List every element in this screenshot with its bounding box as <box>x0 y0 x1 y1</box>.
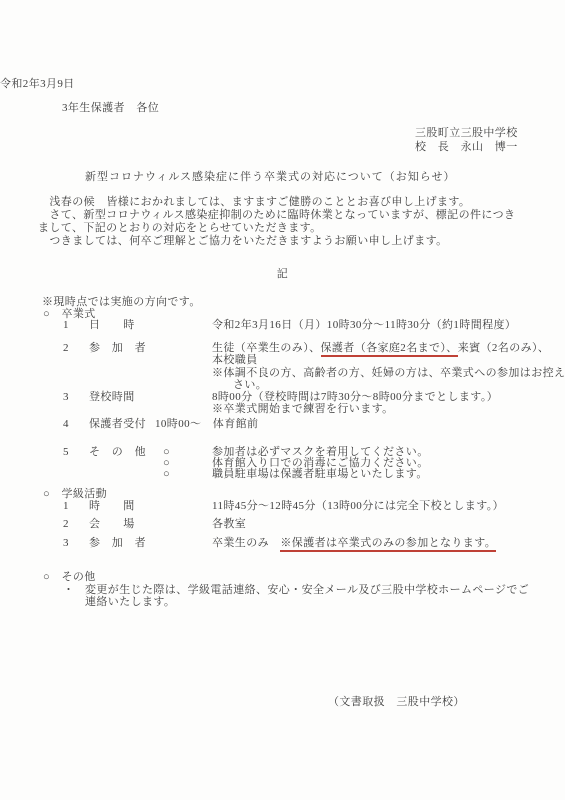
highlight-underline: 保護者（各家庭2名まで）、 <box>321 342 458 357</box>
item-value-pre: 卒業生のみ <box>212 537 280 549</box>
section-heading: ○ 卒業式 <box>43 308 96 321</box>
item-label: 会 場 <box>89 518 135 531</box>
addressee: 3年生保護者 各位 <box>62 102 159 115</box>
item-value-post: 来賓（2名のみ）、 <box>458 342 550 354</box>
bullet-text: 職員駐車場は保護者駐車場といたします。 <box>212 468 428 481</box>
item-label: 保護者受付 <box>89 418 146 431</box>
item-number: 4 <box>63 418 69 431</box>
sub-bullet-text-continued: 連絡いたします。 <box>85 596 175 609</box>
body-text: さて、新型コロナウィルス感染症抑制のために臨時休業となっていますが、標記の件につ… <box>38 209 515 222</box>
doc-title: 新型コロナウィルス感染症に伴う卒業式の対応について（お知らせ） <box>85 171 455 184</box>
item-label: 参 加 者 <box>89 342 146 355</box>
school-name: 三股町立三股中学校 <box>415 127 518 141</box>
item-value: 各教室 <box>212 518 246 531</box>
item-value-pre: 生徒（卒業生のみ）、 <box>212 342 321 354</box>
item-number: 3 <box>63 537 69 550</box>
item-number: 1 <box>63 500 69 513</box>
ki-text: 記 <box>277 268 288 280</box>
principal-name: 校 長 永山 博一 <box>415 141 518 155</box>
highlight-underline: ※保護者は卒業式のみの参加となります。 <box>280 537 496 552</box>
section-heading: ○ その他 <box>43 571 96 584</box>
footer-note: （文書取扱 三股中学校） <box>328 696 465 709</box>
item-label: 参 加 者 <box>89 537 146 550</box>
item-value: 生徒（卒業生のみ）、保護者（各家庭2名まで）、来賓（2名のみ）、 <box>212 342 549 355</box>
document-page: 令和2年3月9日 3年生保護者 各位 三股町立三股中学校 校 長 永山 博一 新… <box>0 0 565 800</box>
item-value: 令和2年3月16日（月）10時30分～11時30分（約1時間程度） <box>212 319 516 332</box>
body-text: 浅春の候 皆様におかれましては、ますますご健勝のこととお喜び申し上げます。 <box>38 196 470 209</box>
item-number: 1 <box>63 319 69 332</box>
dot-bullet-icon: ・ <box>63 584 74 597</box>
issue-date: 令和2年3月9日 <box>0 78 510 91</box>
item-value: 10時00～ 体育館前 <box>155 418 258 431</box>
issue-date-text: 令和2年3月9日 <box>0 78 75 90</box>
body-text: まして、下記のとおりの対応をとらせていただきます。 <box>38 222 322 235</box>
item-label: 時 間 <box>89 500 135 513</box>
item-number: 2 <box>63 518 69 531</box>
item-value: 11時45分～12時45分（13時00分には完全下校とします。） <box>212 500 504 513</box>
item-note: ※卒業式開始まで練習を行います。 <box>212 403 394 416</box>
item-label: 登校時間 <box>89 391 135 404</box>
item-value: 卒業生のみ ※保護者は卒業式のみの参加となります。 <box>212 537 496 550</box>
circle-bullet-icon: ○ <box>163 468 170 481</box>
item-label: 日 時 <box>89 319 135 332</box>
item-value-continued: 本校職員 <box>212 354 258 367</box>
item-number: 2 <box>63 342 69 355</box>
ki-marker: 記 <box>0 268 565 281</box>
item-number: 3 <box>63 391 69 404</box>
item-label: そ の 他 <box>89 446 146 459</box>
item-number: 5 <box>63 446 69 459</box>
body-text: つきましては、何卒ご理解とご協力をいただきますようお願い申し上げます。 <box>38 235 448 248</box>
